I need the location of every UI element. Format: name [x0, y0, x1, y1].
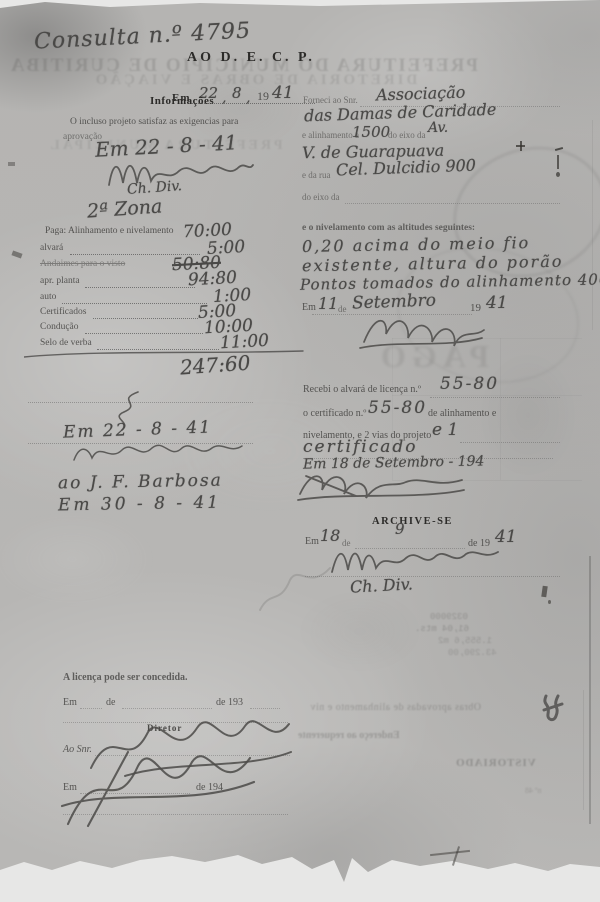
- avenue-abbr: Av.: [428, 120, 448, 136]
- dotted-line: [460, 440, 560, 443]
- fee-row-label: Selo de verba: [40, 338, 92, 348]
- fee-row-label: auto: [40, 292, 56, 302]
- inspection-year-hand: 41: [486, 293, 508, 313]
- archive-month: 9: [395, 520, 405, 538]
- document-scan: PREFEITURA DO MUNICIPIO DE CURITIBA DIRE…: [0, 0, 600, 902]
- informacoes-title: Informações: [150, 95, 214, 107]
- ghost-handwriting: [250, 560, 340, 620]
- ghost-number-note: nº 48: [525, 786, 541, 795]
- date-year-printed: 19: [257, 89, 269, 104]
- ghost-obras-line: Obras aprovadas de alinhamento e niv: [310, 702, 481, 713]
- forneci-label: Forneci ao Snr.: [303, 95, 358, 105]
- ink-dot: [556, 172, 560, 177]
- receipt-value1: 55-80: [440, 374, 499, 394]
- dotted-line: [93, 316, 198, 319]
- signature-delivery: [70, 438, 245, 468]
- dotted-line: [80, 706, 102, 709]
- fee-total: 247:60: [179, 351, 251, 380]
- edge-blot: [8, 162, 15, 166]
- department-title: AO D. E. C. P.: [187, 50, 315, 66]
- dotted-line: [28, 400, 253, 403]
- delivery-date-2: Em 30 - 8 - 41: [58, 493, 221, 516]
- alignment-value: 1500: [352, 123, 390, 141]
- signature-inspector: [358, 308, 488, 352]
- footer-de2: de 193: [216, 697, 243, 708]
- archive-em: Em: [305, 536, 319, 547]
- paper-crease: [583, 690, 584, 810]
- dotted-line: [85, 285, 195, 288]
- signature-large-overlay: [58, 748, 258, 830]
- signature-recipient: [296, 466, 466, 504]
- footer-em: Em: [63, 697, 77, 708]
- ghost-typed-line: 1.555,6 m2: [438, 636, 492, 646]
- dotted-line: [345, 201, 560, 204]
- alignment-label: e alinhamento a: [302, 130, 359, 140]
- dotted-line: [305, 574, 560, 577]
- paper-crease: [589, 556, 591, 824]
- receipt-line2a: o certificado n.º: [303, 408, 366, 419]
- ghost-vistoriado-stamp: VISTORIADO: [455, 757, 536, 769]
- receipt-line1: Recebi o alvará de licença n.º: [303, 384, 421, 395]
- date-month: 8: [232, 84, 242, 102]
- chief-title-2: Ch. Div.: [350, 574, 414, 596]
- fee-total-rule: [24, 348, 304, 360]
- inspection-date-day: 11: [318, 294, 338, 313]
- fee-row-label: Andaimes para o visto: [40, 259, 125, 269]
- signature-chief-2: [328, 544, 503, 578]
- ghost-endereco-line: Endereço ao requerente: [298, 730, 400, 741]
- dotted-line: [430, 395, 560, 398]
- ink-blot-large: [540, 692, 564, 724]
- ghost-typed-line: 61,04 mts.: [415, 624, 469, 634]
- delivered-to: ao J. F. Barbosa: [58, 471, 223, 494]
- fee-row-label: apr. planta: [40, 276, 80, 286]
- paper-crease: [592, 120, 593, 330]
- footer-de1: de: [106, 697, 115, 708]
- receipt-value2: 55-80: [368, 398, 427, 418]
- receipt-value3: e 1: [432, 420, 458, 440]
- archive-label: ARCHIVE-SE: [372, 516, 453, 527]
- axis-label: do eixo da: [388, 130, 426, 140]
- ink-cross-mark: [520, 141, 522, 151]
- date-sep: ,: [246, 90, 250, 106]
- ink-tick-mark: [557, 155, 559, 169]
- ink-dot: [548, 600, 551, 604]
- dotted-line: [62, 301, 207, 304]
- date-sep: ,: [222, 90, 226, 106]
- fee-row-label: Certificados: [40, 307, 86, 317]
- ghost-typed-line: 43.290,00: [448, 648, 497, 658]
- axis-label-2: do eixo da: [302, 192, 340, 202]
- dotted-line: [250, 706, 280, 709]
- ghost-typed-line: 0329000: [430, 612, 468, 622]
- street-label: e da rua: [302, 170, 330, 180]
- archive-day: 18: [320, 526, 340, 545]
- fee-row-label: alvará: [40, 243, 63, 253]
- statement-line1: O incluso projeto satisfaz as exigencias…: [70, 117, 238, 127]
- date-year-hand: 41: [272, 83, 294, 103]
- license-line: A licença pode ser concedida.: [63, 672, 188, 683]
- dotted-line: [122, 706, 212, 709]
- fee-row-label: Condução: [40, 322, 79, 332]
- receipt-line2b: de alinhamento e: [428, 408, 496, 419]
- dotted-line: [85, 331, 203, 334]
- fee-row-label: Paga: Alinhamento e nivelamento: [45, 226, 173, 236]
- leveling-label: e o nivelamento com as altitudes seguint…: [302, 223, 475, 233]
